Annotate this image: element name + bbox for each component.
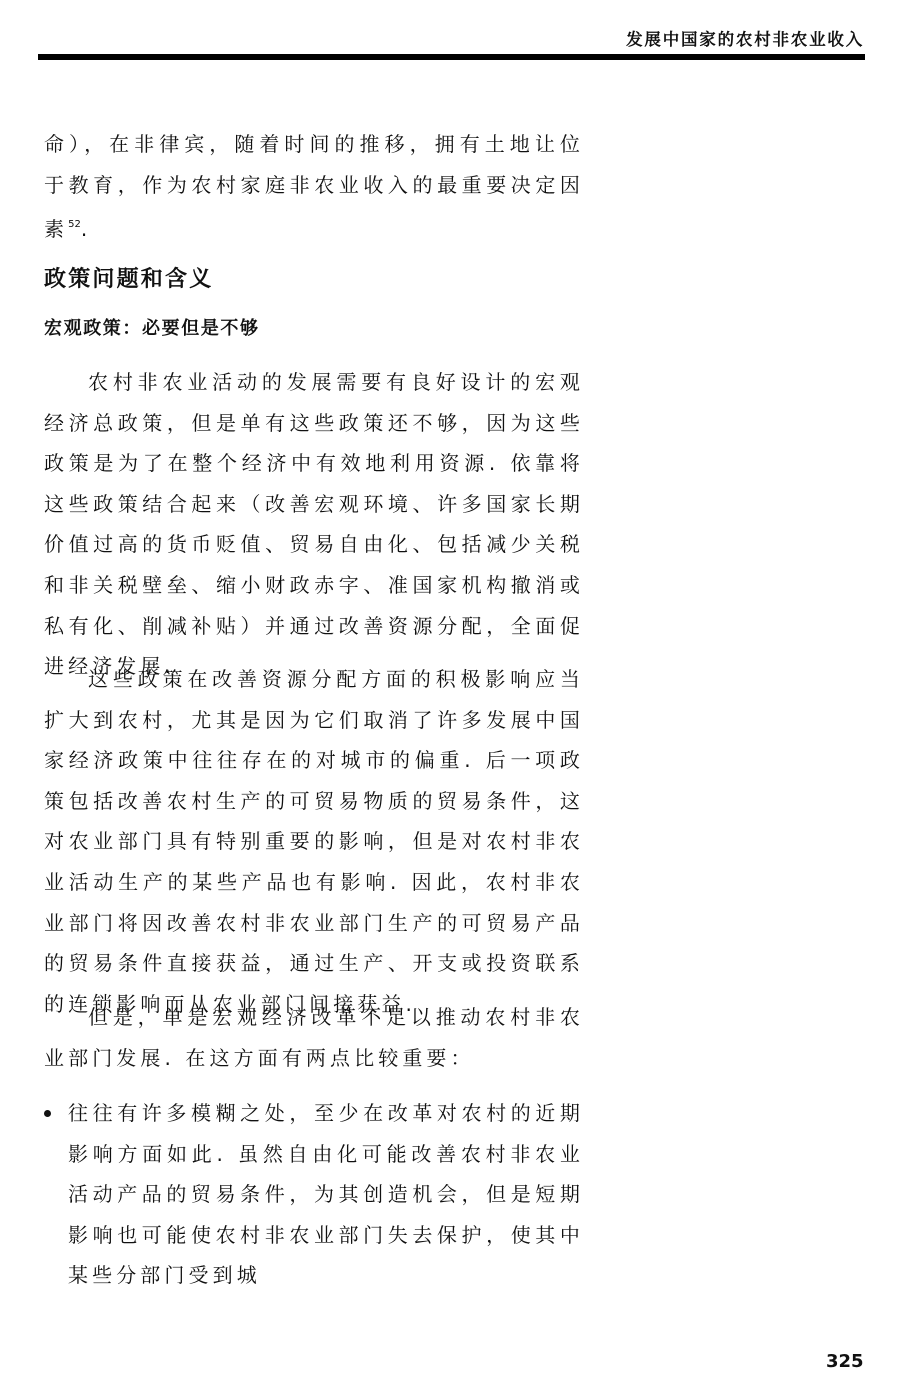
paragraph: 但是，单是宏观经济改革不足以推动农村非农业部门发展. 在这方面有两点比较重要：: [44, 997, 584, 1078]
paragraph-1-block: 农村非农业活动的发展需要有良好设计的宏观经济总政策，但是单有这些政策还不够，因为…: [44, 362, 584, 687]
paragraph-2-block: 这些政策在改善资源分配方面的积极影响应当扩大到农村，尤其是因为它们取消了许多发展…: [44, 659, 584, 1024]
bullet-dot-icon: [44, 1110, 51, 1117]
page-number: 325: [826, 1351, 864, 1372]
header-rule: [38, 54, 865, 60]
paragraph: 这些政策在改善资源分配方面的积极影响应当扩大到农村，尤其是因为它们取消了许多发展…: [44, 659, 584, 1024]
paragraph: 农村非农业活动的发展需要有良好设计的宏观经济总政策，但是单有这些政策还不够，因为…: [44, 362, 584, 687]
bullet-text: 往往有许多模糊之处，至少在改革对农村的近期影响方面如此. 虽然自由化可能改善农村…: [68, 1093, 584, 1296]
bullet-item: 往往有许多模糊之处，至少在改革对农村的近期影响方面如此. 虽然自由化可能改善农村…: [44, 1093, 584, 1296]
bullet-list: 往往有许多模糊之处，至少在改革对农村的近期影响方面如此. 虽然自由化可能改善农村…: [44, 1093, 584, 1296]
running-header: 发展中国家的农村非农业收入: [612, 26, 864, 50]
carryover-paragraph: 命），在非律宾，随着时间的推移，拥有土地让位于教育，作为农村家庭非农业收入的最重…: [44, 124, 584, 250]
carryover-text: 命），在非律宾，随着时间的推移，拥有土地让位于教育，作为农村家庭非农业收入的最重…: [44, 132, 584, 241]
carryover-end: .: [81, 217, 91, 241]
footnote-ref[interactable]: 52: [68, 219, 81, 230]
subsection-title: 宏观政策：必要但是不够: [44, 314, 260, 340]
section-title: 政策问题和含义: [44, 262, 213, 293]
paragraph-3-block: 但是，单是宏观经济改革不足以推动农村非农业部门发展. 在这方面有两点比较重要：: [44, 997, 584, 1078]
